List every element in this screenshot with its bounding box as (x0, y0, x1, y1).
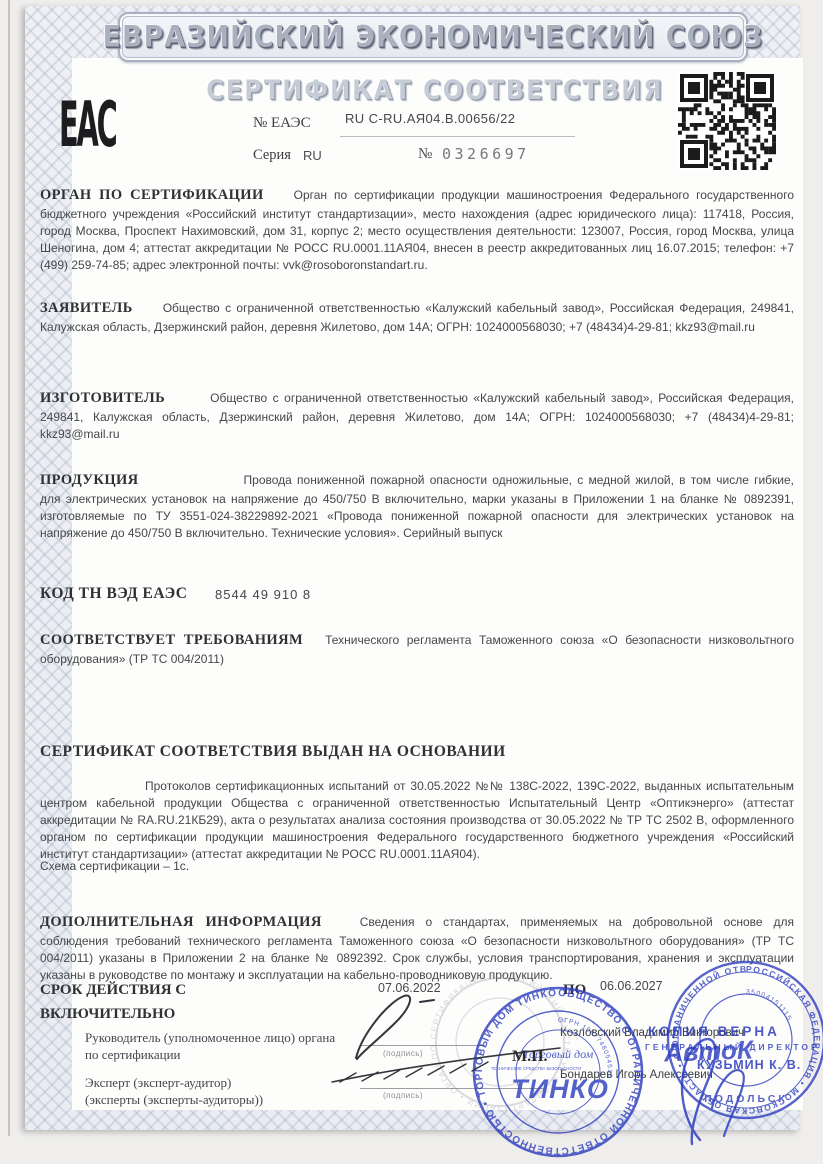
blank-number-sign: № (418, 146, 432, 163)
cert-number-value: RU C-RU.АЯ04.В.00656/22 (345, 111, 515, 126)
section-manufacturer: ИЗГОТОВИТЕЛЬОбщество с ограниченной отве… (40, 388, 794, 443)
eaeu-banner: ЕВРАЗИЙСКИЙ ЭКОНОМИЧЕСКИЙ СОЮЗ (118, 12, 748, 62)
cert-number-underline (340, 136, 575, 137)
tinko-logo-text: ТИНКО (511, 1074, 609, 1104)
hs-code-value: 8544 49 910 8 (215, 587, 311, 602)
eac-logo: ЕАС (58, 90, 116, 162)
certification-scheme: Схема сертификации – 1с. (40, 859, 189, 873)
section-heading: ДОПОЛНИТЕЛЬНАЯ ИНФОРМАЦИЯ (40, 914, 322, 930)
tinko-ring-text: ОБЩЕСТВО С ОГРАНИЧЕННОЙ ОТВЕТСТВЕННОСТЬЮ… (0, 930, 642, 1156)
series-label: Серия (253, 147, 291, 164)
hs-code-heading: КОД ТН ВЭД ЕАЭС (40, 585, 187, 603)
section-product: ПРОДУКЦИЯПровода пониженной пожарной опа… (40, 470, 794, 542)
eaeu-banner-title: ЕВРАЗИЙСКИЙ ЭКОНОМИЧЕСКИЙ СОЮЗ (103, 20, 764, 53)
section-heading: СООТВЕТСТВУЕТ ТРЕБОВАНИЯМ (40, 632, 303, 648)
series-value: RU (303, 148, 322, 163)
tinko-stamp: ОБЩЕСТВО С ОГРАНИЧЕННОЙ ОТВЕТСТВЕННОСТЬЮ… (0, 930, 642, 1156)
tinko-sub-text: ТЕХНИЧЕСКИЕ СРЕДСТВА БЕЗОПАСНОСТИ (491, 1066, 581, 1071)
section-heading: ЗАЯВИТЕЛЬ (40, 300, 133, 316)
podolsk-number-text: 35004151115 (746, 989, 793, 1022)
svg-text:ОБЩЕСТВО С ОГРАНИЧЕННОЙ ОТВЕТС: ОБЩЕСТВО С ОГРАНИЧЕННОЙ ОТВЕТСТВЕННОСТЬЮ… (0, 930, 642, 1156)
blank-number-value: 0326697 (442, 145, 530, 163)
section-applicant: ЗАЯВИТЕЛЬОбщество с ограниченной ответст… (40, 298, 794, 336)
svg-text:35004151115: 35004151115 (746, 989, 793, 1022)
section-text: Общество с ограниченной ответственностью… (40, 301, 794, 334)
director-name-text: КУЗЬМИН К. В. (697, 1058, 801, 1072)
qr-code (678, 72, 776, 170)
mp-seal-mark: М.П. (512, 1048, 548, 1066)
issued-on-basis-heading: СЕРТИФИКАТ СООТВЕТСТВИЯ ВЫДАН НА ОСНОВАН… (40, 743, 506, 761)
section-certification-body: ОРГАН ПО СЕРТИФИКАЦИИОрган по сертификац… (40, 185, 794, 274)
cert-number-label: № ЕАЭС (253, 115, 311, 132)
head-signature-stroke (356, 996, 410, 1059)
issued-on-basis-text: Протоколов сертификационных испытаний от… (40, 778, 794, 863)
section-heading: ОРГАН ПО СЕРТИФИКАЦИИ (40, 187, 264, 203)
document-title: СЕРТИФИКАТ СООТВЕТСТВИЯ (160, 75, 710, 106)
section-heading: ИЗГОТОВИТЕЛЬ (40, 390, 165, 406)
section-complies-with: СООТВЕТСТВУЕТ ТРЕБОВАНИЯМТехнического ре… (40, 630, 794, 668)
certificate-scan: ЕВРАЗИЙСКИЙ ЭКОНОМИЧЕСКИЙ СОЮЗ ЕАС СЕРТИ… (0, 0, 823, 1164)
section-heading: ПРОДУКЦИЯ (40, 472, 139, 488)
